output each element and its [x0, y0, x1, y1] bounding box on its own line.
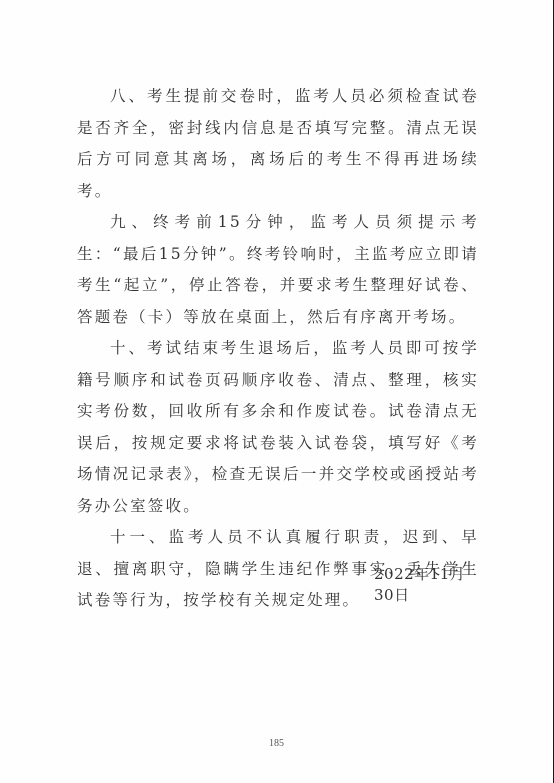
paragraph-section-8: 八、考生提前交卷时，监考人员必须检查试卷是否齐全，密封线内信息是否填写完整。清点…: [77, 81, 479, 207]
paragraph-section-10: 十、考试结束考生退场后，监考人员即可按学籍号顺序和试卷页码顺序收卷、清点、整理，…: [77, 333, 479, 522]
page-number: 185: [0, 738, 553, 749]
paragraph-section-9: 九、终考前15分钟，监考人员须提示考生：“最后15分钟”。终考铃响时，主监考应立…: [77, 207, 479, 333]
document-date: 2022年11月30日: [374, 563, 484, 605]
document-page: 八、考生提前交卷时，监考人员必须检查试卷是否齐全，密封线内信息是否填写完整。清点…: [0, 0, 554, 783]
document-body: 八、考生提前交卷时，监考人员必须检查试卷是否齐全，密封线内信息是否填写完整。清点…: [77, 81, 479, 617]
